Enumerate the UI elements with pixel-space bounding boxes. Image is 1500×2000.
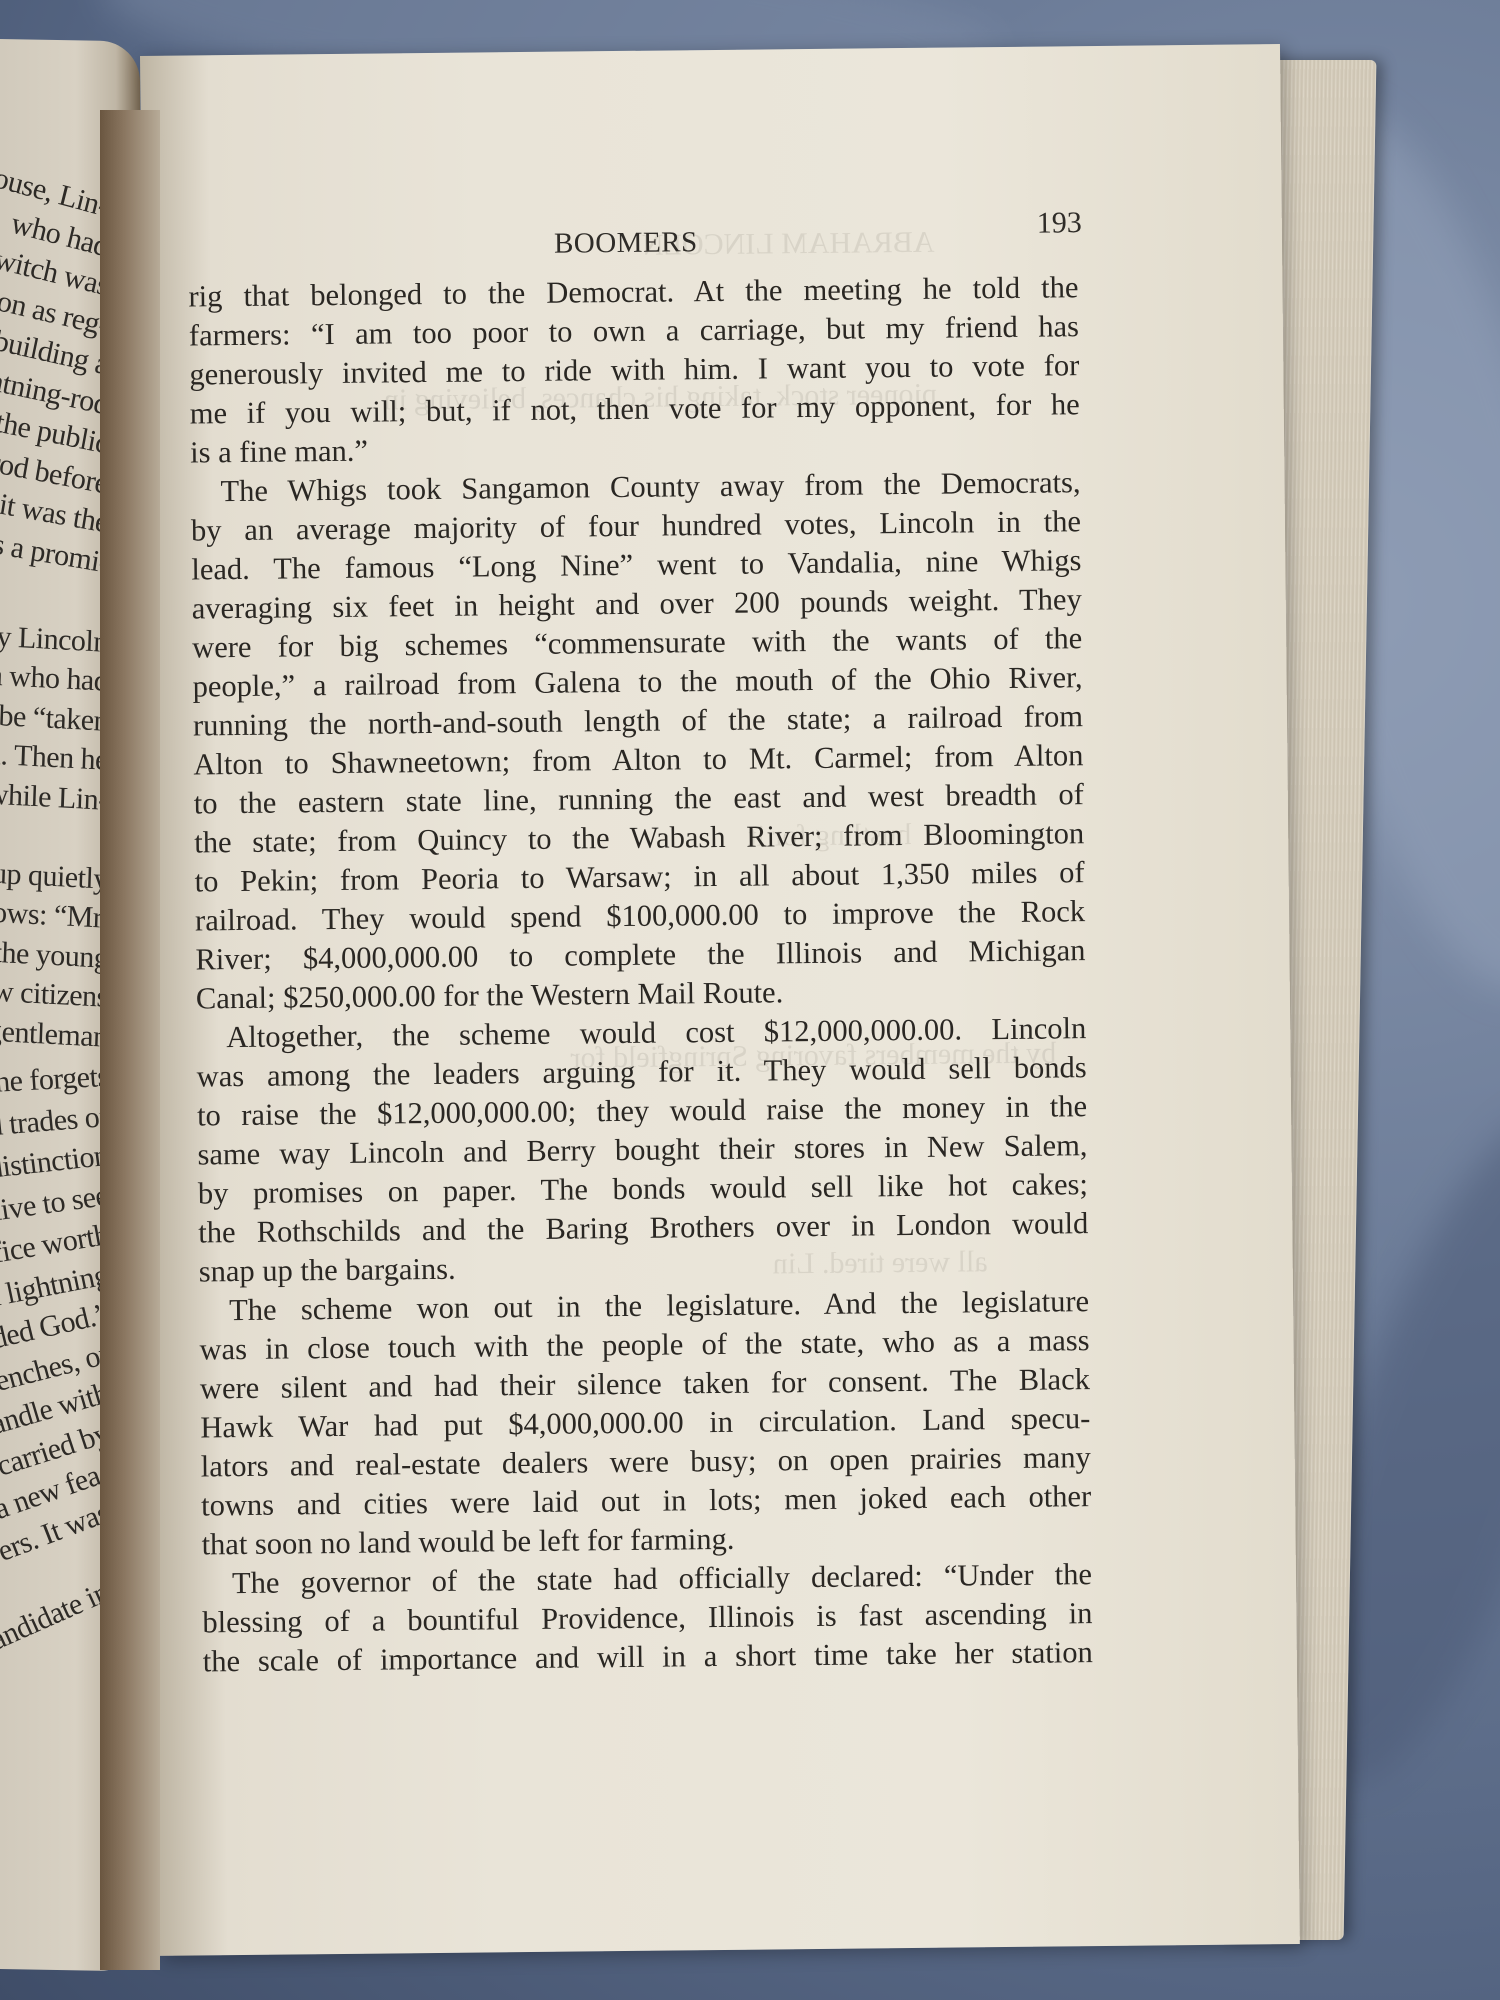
page-number: 193 — [1037, 206, 1082, 240]
left-page-fragment: an who had — [0, 658, 109, 699]
text-line: the scale of importance and will in a sh… — [203, 1633, 1093, 1681]
book-gutter-shadow — [100, 110, 160, 1970]
left-page-fragment: but he forgets — [0, 1060, 109, 1102]
left-page-fragment: o be “taken — [0, 697, 109, 738]
left-page-fragment: and trades of — [0, 1099, 110, 1145]
left-page-fragment: ollows: “Mr. — [0, 894, 109, 936]
running-head: BOOMERS — [554, 226, 698, 261]
left-page-fragment: The gentleman — [0, 1011, 109, 1054]
left-page-fragment: at the young — [0, 934, 109, 975]
left-page-fragment: ellow citizens — [0, 973, 109, 1015]
book-page: ABRAHAM LINCOLN pioneer stock, taking hi… — [140, 44, 1300, 1956]
left-page-fragment: c candidate in — [0, 1575, 115, 1671]
left-page-fragment: by Lincoln — [0, 619, 109, 660]
left-page-fragment: n. Then he — [0, 737, 109, 777]
left-page-fragment: up quietly — [0, 856, 109, 896]
body-text: rig that belonged to the Democrat. At th… — [188, 268, 1093, 1681]
left-page-fragment: ,” while Lin- — [0, 776, 109, 818]
